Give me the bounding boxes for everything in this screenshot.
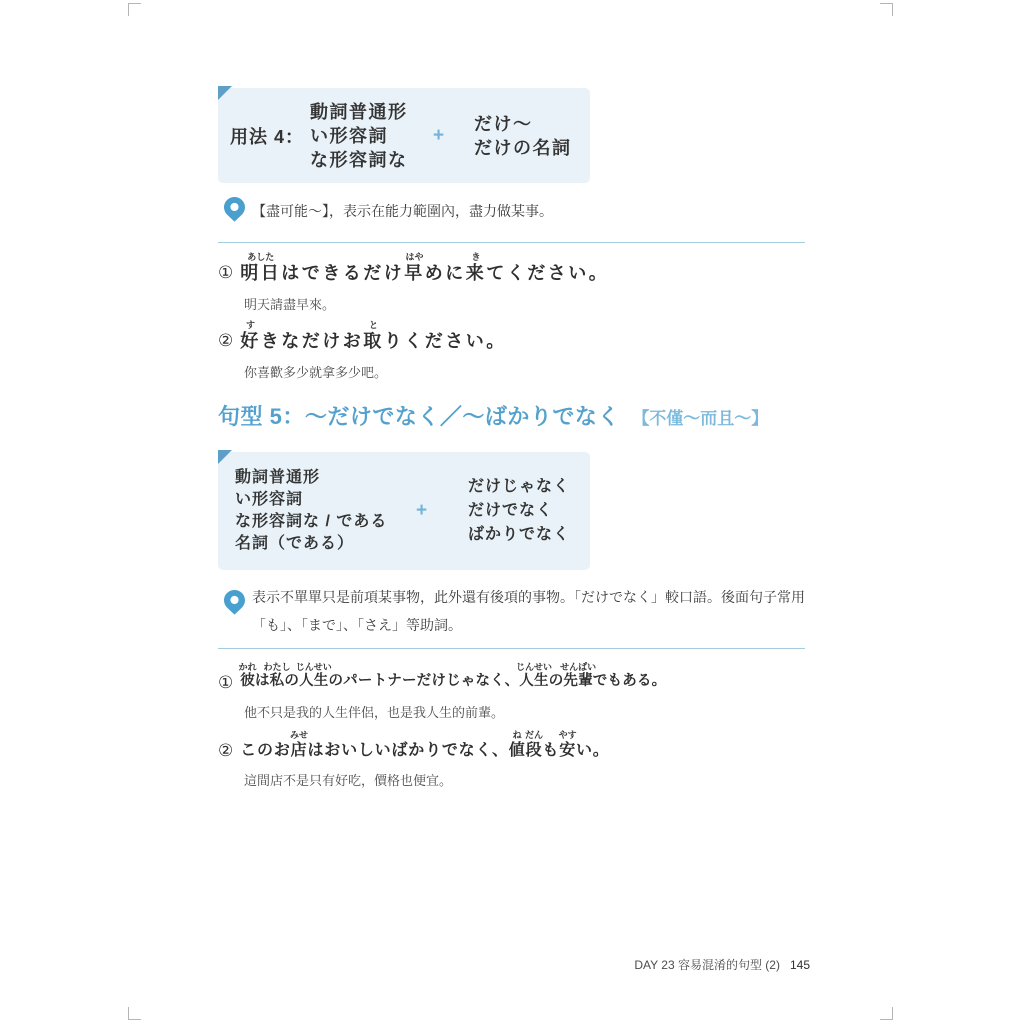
furigana: せんぱい [560,663,596,672]
ruby-segment: 段だん [526,741,543,760]
furigana: はや [405,253,423,262]
fold-corner-icon [218,450,232,464]
section-divider [218,648,805,649]
footer-chapter-title: DAY 23 容易混淆的句型 (2) [634,956,780,973]
form-line: 動詞普通形 [235,467,387,489]
result-line: だけでなく [468,499,570,523]
ruby-segment: の [549,673,564,690]
furigana: だん [525,731,543,740]
form-line: な形容詞な [310,148,408,172]
example-sentence-japanese: 彼かれは私わたしの人生じんせいのパートナーだけじゃなく、人生じんせいの先輩せんぱ… [240,673,666,690]
ruby-segment: きなだけお [261,331,364,353]
ruby-segment: でもある。 [593,673,667,690]
crop-mark-bottom-left [128,1007,141,1020]
furigana: やす [559,731,577,740]
section-heading-title: 句型 5：～だけでなく／～ばかりでなく [218,404,620,429]
ruby-segment: のパートナーだけじゃなく、 [328,673,519,690]
usage4-note: 【盡可能～】，表示在能力範圍內，盡力做某事。 [252,200,553,222]
furigana: す [246,321,255,330]
ruby-segment: は [255,673,270,690]
example-translation: 明天請盡早來。 [244,294,609,313]
ruby-segment: も [542,741,559,760]
result-line: ばかりでなく [468,523,570,547]
example-translation: 這間店不是只有好吃，價格也便宜。 [244,770,610,789]
example-sentence-japanese: このお店みせはおいしいばかりでなく、値ね段だんも安やすい。 [240,741,609,760]
form-line: な形容詞な / である [235,511,387,533]
result-line: だけじゃなく [468,475,570,499]
ruby-segment: 明日あした [240,263,281,285]
example-item: ② このお店みせはおいしいばかりでなく、値ね段だんも安やすい。 這間店不是只有好… [218,730,610,789]
pattern5-note: 表示不單單只是前項某事物，此外還有後項的事物。「だけでなく」較口語。後面句子常用… [252,583,810,639]
furigana: じんせい [516,663,552,672]
example-number: ② [218,331,233,351]
result-line: だけ～ [474,112,572,136]
furigana: あした [247,253,274,262]
ruby-segment: 人生じんせい [519,673,548,690]
furigana: き [471,253,480,262]
section-heading-meaning: 【不僅～而且～】 [632,409,768,428]
example-translation: 他不只是我的人生伴侶，也是我人生的前輩。 [244,702,666,721]
ruby-segment: はできるだけ [281,263,404,285]
furigana: わたし [263,663,290,672]
ruby-segment: 私わたし [270,673,285,690]
example-item: ① 彼かれは私わたしの人生じんせいのパートナーだけじゃなく、人生じんせいの先輩せ… [218,662,666,721]
ruby-segment: このお [240,741,290,760]
example-sentence-japanese: 明日あしたはできるだけ早はやめに来きてください。 [240,263,609,285]
furigana: かれ [239,663,257,672]
ruby-segment: 取と [363,331,384,353]
example-translation: 你喜歡多少就拿多少吧。 [244,362,507,381]
ruby-segment: 値ね [509,741,526,760]
form-line: 動詞普通形 [310,100,408,124]
result-line: だけの名詞 [474,136,572,160]
furigana: と [369,321,378,330]
usage4-result-column: だけ～ だけの名詞 [474,112,572,160]
map-pin-icon [224,197,245,223]
grammar-box-usage4: 用法 4： 動詞普通形 い形容詞 な形容詞な + だけ～ だけの名詞 [218,88,590,183]
example-item: ① 明日あしたはできるだけ早はやめに来きてください。 明天請盡早來。 [218,252,609,313]
ruby-segment: 早はや [404,263,425,285]
usage4-form-column: 動詞普通形 い形容詞 な形容詞な [310,100,408,172]
map-pin-icon [224,590,245,616]
ruby-segment: 店みせ [291,741,308,760]
section-heading: 句型 5：～だけでなく／～ばかりでなく 【不僅～而且～】 [218,400,768,431]
form-line: 名詞（である） [235,533,387,555]
ruby-segment: の [284,673,299,690]
ruby-segment: い。 [576,741,610,760]
crop-mark-top-left [128,3,141,16]
plus-sign: + [416,500,427,522]
furigana: じんせい [296,663,332,672]
section-divider [218,242,805,243]
usage4-label: 用法 4： [230,88,304,183]
grammar-box-pattern5: 動詞普通形 い形容詞 な形容詞な / である 名詞（である） + だけじゃなく … [218,452,590,570]
crop-mark-bottom-right [880,1007,893,1020]
example-number: ② [218,741,233,761]
ruby-segment: 好す [240,331,261,353]
footer-page-number: 145 [790,958,810,972]
plus-sign: + [433,125,444,147]
form-line: い形容詞 [310,124,408,148]
example-item: ② 好すきなだけお取とりください。 你喜歡多少就拿多少吧。 [218,320,507,381]
furigana: みせ [290,731,308,740]
furigana: ね [513,731,522,740]
ruby-segment: めに [425,263,466,285]
textbook-page: 用法 4： 動詞普通形 い形容詞 な形容詞な + だけ～ だけの名詞 【盡可能～… [0,0,1024,1024]
crop-mark-top-right [880,3,893,16]
pattern5-form-column: 動詞普通形 い形容詞 な形容詞な / である 名詞（である） [235,467,387,555]
page-footer: DAY 23 容易混淆的句型 (2) 145 [634,956,810,973]
example-sentence-japanese: 好すきなだけお取とりください。 [240,331,507,353]
example-number: ① [218,263,233,283]
ruby-segment: 彼かれ [240,673,255,690]
form-line: い形容詞 [235,489,387,511]
ruby-segment: はおいしいばかりでなく、 [307,741,508,760]
ruby-segment: てください。 [486,263,609,285]
example-number: ① [218,673,233,693]
ruby-segment: 安やす [559,741,576,760]
ruby-segment: 来き [466,263,487,285]
pattern5-result-column: だけじゃなく だけでなく ばかりでなく [468,475,570,547]
ruby-segment: りください。 [384,331,507,353]
ruby-segment: 人生じんせい [299,673,328,690]
ruby-segment: 先輩せんぱい [563,673,592,690]
